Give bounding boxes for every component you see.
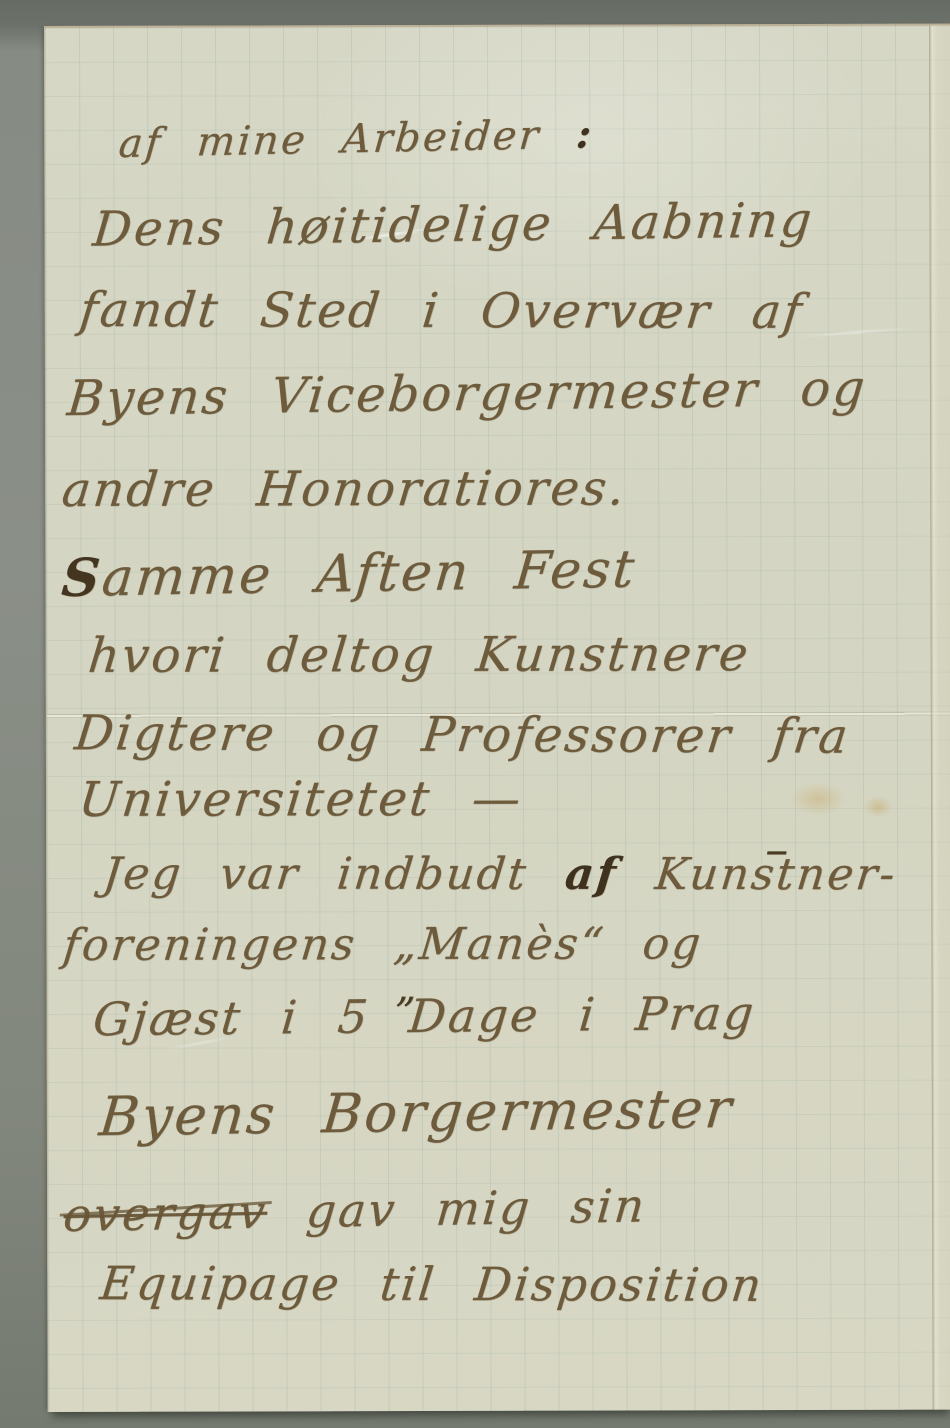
- ink-marks: –„: [45, 26, 950, 1412]
- scanned-document: af mine Arbeider :Dens høitidelige Aabni…: [0, 0, 950, 1428]
- insertion-quote-above-5: „: [395, 965, 416, 1011]
- manuscript-page: af mine Arbeider :Dens høitidelige Aabni…: [44, 24, 950, 1412]
- stray-dash: –: [765, 822, 788, 876]
